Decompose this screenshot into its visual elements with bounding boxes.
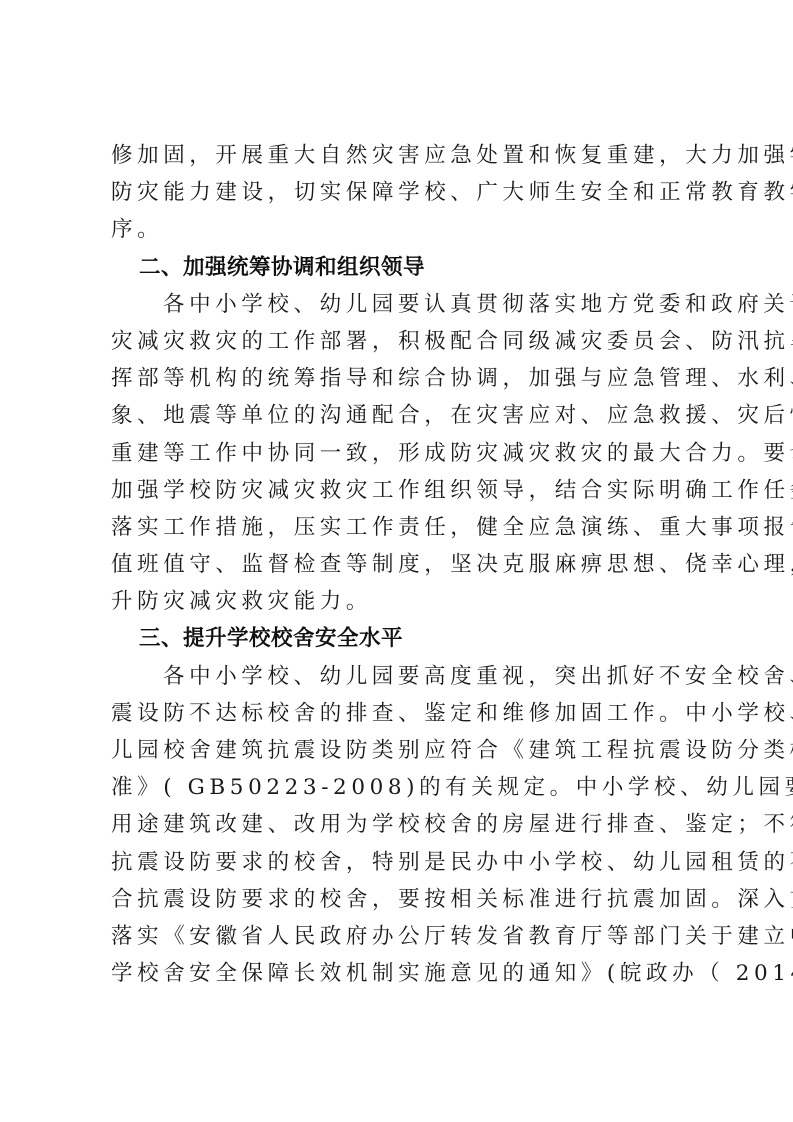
paragraph-school-safety: 各中小学校、幼儿园要高度重视，突出抓好不安全校舍、抗 震设防不达标校舍的排查、鉴… [111, 658, 693, 993]
text-line: 灾减灾救灾的工作部署，积极配合同级减灾委员会、防汛抗旱指 [111, 323, 693, 360]
text-line: 加强学校防灾减灾救灾工作组织领导，结合实际明确工作任务， [111, 472, 693, 509]
text-line: 修加固，开展重大自然灾害应急处置和恢复重建，大力加强学校 [111, 137, 693, 174]
text-line: 落实工作措施，压实工作责任，健全应急演练、重大事项报告、 [111, 509, 693, 546]
text-line: 震设防不达标校舍的排查、鉴定和维修加固工作。中小学校、幼 [111, 695, 693, 732]
text-line: 各中小学校、幼儿园要认真贯彻落实地方党委和政府关于防 [111, 286, 693, 323]
text-line: 升防灾减灾救灾能力。 [111, 583, 693, 620]
document-page: 修加固，开展重大自然灾害应急处置和恢复重建，大力加强学校 防灾能力建设，切实保障… [111, 137, 693, 992]
text-line: 用途建筑改建、改用为学校校舍的房屋进行排查、鉴定；不符合 [111, 806, 693, 843]
text-line: 各中小学校、幼儿园要高度重视，突出抓好不安全校舍、抗 [111, 658, 693, 695]
text-line: 序。 [111, 211, 693, 248]
section-heading-2: 二、加强统筹协调和组织领导 [111, 249, 693, 286]
paragraph-continuation: 修加固，开展重大自然灾害应急处置和恢复重建，大力加强学校 防灾能力建设，切实保障… [111, 137, 693, 249]
text-line: 合抗震设防要求的校舍，要按相关标准进行抗震加固。深入贯彻 [111, 881, 693, 918]
text-line: 准》( GB50223-2008)的有关规定。中小学校、幼儿园要对其他 [111, 769, 693, 806]
text-line: 抗震设防要求的校舍，特别是民办中小学校、幼儿园租赁的不符 [111, 844, 693, 881]
section-heading-3: 三、提升学校校舍安全水平 [111, 620, 693, 657]
text-line: 儿园校舍建筑抗震设防类别应符合《建筑工程抗震设防分类标 [111, 732, 693, 769]
text-line: 学校舍安全保障长效机制实施意见的通知》(皖政办（ 2014 ）7 [111, 955, 693, 992]
text-line: 防灾能力建设，切实保障学校、广大师生安全和正常教育教学秩 [111, 174, 693, 211]
text-line: 落实《安徽省人民政府办公厅转发省教育厅等部门关于建立中小 [111, 918, 693, 955]
text-line: 挥部等机构的统筹指导和综合协调，加强与应急管理、水利、气 [111, 360, 693, 397]
text-line: 象、地震等单位的沟通配合，在灾害应对、应急救援、灾后恢复 [111, 397, 693, 434]
text-line: 重建等工作中协同一致，形成防灾减灾救灾的最大合力。要切实 [111, 435, 693, 472]
text-line: 值班值守、监督检查等制度，坚决克服麻痹思想、侥幸心理，提 [111, 546, 693, 583]
paragraph-coordination: 各中小学校、幼儿园要认真贯彻落实地方党委和政府关于防 灾减灾救灾的工作部署，积极… [111, 286, 693, 621]
